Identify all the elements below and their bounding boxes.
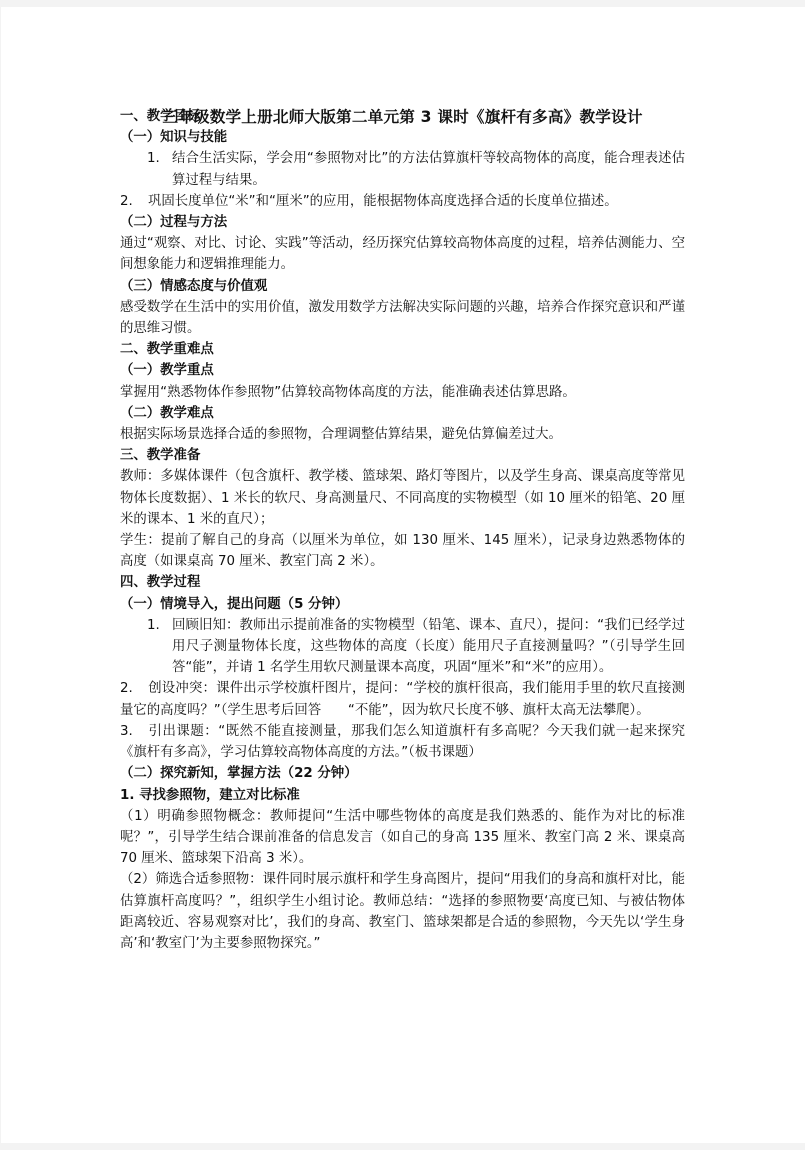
paragraph: 感受数学在生活中的实用价值，激发用数学方法解决实际问题的兴趣，培养合作探究意识和… (120, 297, 685, 339)
subsection-heading-process-method: （二）过程与方法 (120, 212, 685, 233)
list-item-text: 回顾旧知：教师出示提前准备的实物模型（铅笔、课本、直尺），提问：“我们已经学过用… (172, 618, 685, 675)
document-body: 一、教学目标 （一）知识与技能 1. 结合生活实际，学会用“参照物对比”的方法估… (120, 106, 685, 954)
paragraph: 通过“观察、对比、讨论、实践”等活动，经历探究估算较高物体高度的过程，培养估测能… (120, 233, 685, 275)
list-number: 1. (147, 615, 160, 636)
step-heading-reference-objects: 1. 寻找参照物，建立对比标准 (120, 785, 685, 806)
list-number: 1. (147, 148, 160, 169)
list-item-text: 引出课题：“既然不能直接测量，那我们怎么知道旗杆有多高呢？今天我们就一起来探究《… (120, 724, 685, 760)
list-item-text: 巩固长度单位“米”和“厘米”的应用，能根据物体高度选择合适的长度单位描述。 (148, 194, 618, 209)
subsection-heading-key-points: （一）教学重点 (120, 360, 685, 381)
paragraph: 根据实际场景选择合适的参照物，合理调整估算结果，避免估算偏差过大。 (120, 424, 685, 445)
list-item-text: 创设冲突：课件出示学校旗杆图片，提问：“学校的旗杆很高，我们能用手里的软尺直接测… (120, 681, 685, 717)
paragraph: 掌握用“熟悉物体作参照物”估算较高物体高度的方法，能准确表述估算思路。 (120, 382, 685, 403)
subsection-heading-difficult-points: （二）教学难点 (120, 403, 685, 424)
paragraph: （1）明确参照物概念：教师提问“生活中哪些物体的高度是我们熟悉的、能作为对比的标… (120, 806, 685, 870)
list-item-text: 结合生活实际，学会用“参照物对比”的方法估算旗杆等较高物体的高度，能合理表述估算… (172, 151, 685, 187)
section-heading-teaching-process: 四、教学过程 (120, 572, 685, 593)
list-number: 2. (120, 191, 148, 212)
list-item: 1. 结合生活实际，学会用“参照物对比”的方法估算旗杆等较高物体的高度，能合理表… (120, 148, 685, 190)
list-number: 3. (120, 721, 148, 742)
list-item: 1. 回顾旧知：教师出示提前准备的实物模型（铅笔、课本、直尺），提问：“我们已经… (120, 615, 685, 679)
paragraph-teacher-preparation: 教师：多媒体课件（包含旗杆、教学楼、篮球架、路灯等图片，以及学生身高、课桌高度等… (120, 466, 685, 530)
list-item: 2.巩固长度单位“米”和“厘米”的应用，能根据物体高度选择合适的长度单位描述。 (120, 191, 685, 212)
list-item: 2.创设冲突：课件出示学校旗杆图片，提问：“学校的旗杆很高，我们能用手里的软尺直… (120, 678, 685, 720)
section-heading-preparation: 三、教学准备 (120, 445, 685, 466)
list-number: 2. (120, 678, 148, 699)
section-heading-objectives: 一、教学目标 (120, 106, 685, 127)
subsection-heading-introduction: （一）情境导入，提出问题（5 分钟） (120, 594, 685, 615)
section-heading-key-difficult-points: 二、教学重难点 (120, 339, 685, 360)
list-item: 3.引出课题：“既然不能直接测量，那我们怎么知道旗杆有多高呢？今天我们就一起来探… (120, 721, 685, 763)
subsection-heading-exploration: （二）探究新知，掌握方法（22 分钟） (120, 763, 685, 784)
subsection-heading-knowledge-skills: （一）知识与技能 (120, 127, 685, 148)
paragraph: （2）筛选合适参照物：课件同时展示旗杆和学生身高图片，提问“用我们的身高和旗杆对… (120, 869, 685, 954)
subsection-heading-attitude-values: （三）情感态度与价值观 (120, 276, 685, 297)
paragraph-student-preparation: 学生：提前了解自己的身高（以厘米为单位，如 130 厘米、145 厘米），记录身… (120, 530, 685, 572)
